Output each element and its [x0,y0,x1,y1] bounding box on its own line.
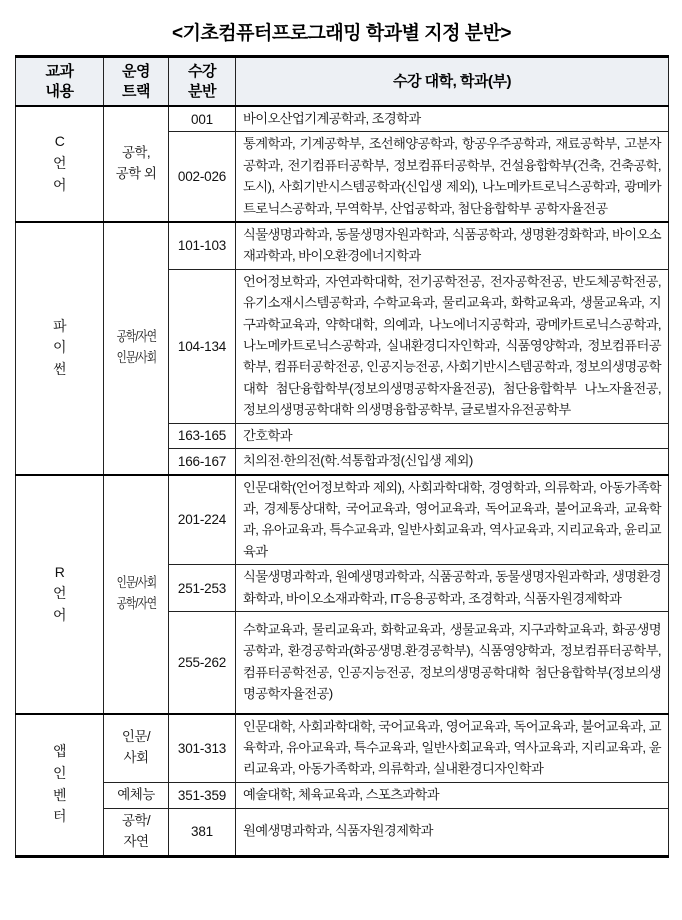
track-label: 공학, 공학 외 [116,143,157,185]
range-cell: 201-224 [169,475,236,565]
course-cell-c: C 언 어 [16,106,104,222]
range-cell: 255-262 [169,611,236,713]
depts-cell: 인문대학(언어정보학과 제외), 사회과학대학, 경영학과, 의류학과, 아동가… [236,475,669,565]
document-page: <기초컴퓨터프로그래밍 학과별 지정 분반> 교과 내용 운영 트랙 수강 분반… [0,0,682,860]
header-section-range: 수강 분반 [169,57,236,107]
page-title: <기초컴퓨터프로그래밍 학과별 지정 분반> [15,18,668,45]
depts-cell: 통계학과, 기계공학부, 조선해양공학과, 항공우주공학과, 재료공학부, 고분… [236,132,669,222]
track-cell-humanities: 인문/ 사회 [104,714,169,783]
range-cell: 104-134 [169,269,236,423]
range-cell: 002-026 [169,132,236,222]
depts-cell: 예술대학, 체육교육과, 스포츠과학과 [236,782,669,808]
header-departments: 수강 대학, 학과(부) [236,57,669,107]
range-cell: 351-359 [169,782,236,808]
range-cell: 001 [169,106,236,132]
depts-cell: 식물생명과학과, 동물생명자원과학과, 식품공학과, 생명환경화학과, 바이오소… [236,222,669,269]
section-assignment-table: 교과 내용 운영 트랙 수강 분반 수강 대학, 학과(부) C 언 어 공학,… [15,55,669,858]
header-track: 운영 트랙 [104,57,169,107]
header-course-content: 교과 내용 [16,57,104,107]
range-cell: 163-165 [169,423,236,448]
depts-cell: 바이오산업기계공학과, 조경학과 [236,106,669,132]
track-label: 공학/ 자연 [122,811,150,853]
track-label: 공학/자연 인문/사회 [116,327,156,369]
table-row: 앱 인 벤 터 인문/ 사회 301-313 인문대학, 사회과학대학, 국어교… [16,714,669,783]
table-row: 예체능 351-359 예술대학, 체육교육과, 스포츠과학과 [16,782,669,808]
depts-cell: 식물생명과학과, 원예생명과학과, 식품공학과, 동물생명자원과학과, 생명환경… [236,565,669,612]
track-cell-c: 공학, 공학 외 [104,106,169,222]
depts-cell: 언어정보학과, 자연과학대학, 전기공학전공, 전자공학전공, 반도체공학전공,… [236,269,669,423]
table-row: 파 이 썬 공학/자연 인문/사회 101-103 식물생명과학과, 동물생명자… [16,222,669,269]
table-row: 공학/ 자연 381 원예생명과학과, 식품자원경제학과 [16,808,669,856]
track-label: 예체능 [117,785,155,806]
table-row: C 언 어 공학, 공학 외 001 바이오산업기계공학과, 조경학과 [16,106,669,132]
track-cell-r: 인문/사회 공학/자연 [104,475,169,714]
course-cell-r: R 언 어 [16,475,104,714]
range-cell: 381 [169,808,236,856]
depts-cell: 수학교육과, 물리교육과, 화학교육과, 생물교육과, 지구과학교육과, 화공생… [236,611,669,713]
course-cell-appinventor: 앱 인 벤 터 [16,714,104,856]
table-row: R 언 어 인문/사회 공학/자연 201-224 인문대학(언어정보학과 제외… [16,475,669,565]
range-cell: 166-167 [169,449,236,475]
range-cell: 301-313 [169,714,236,783]
track-label: 인문/사회 공학/자연 [116,573,156,615]
track-cell-arts: 예체능 [104,782,169,808]
track-cell-engineering: 공학/ 자연 [104,808,169,856]
depts-cell: 간호학과 [236,423,669,448]
header-row: 교과 내용 운영 트랙 수강 분반 수강 대학, 학과(부) [16,57,669,107]
depts-cell: 인문대학, 사회과학대학, 국어교육과, 영어교육과, 독어교육과, 불어교육과… [236,714,669,783]
depts-cell: 치의전·한의전(학.석통합과정(신입생 제외) [236,449,669,475]
track-cell-python: 공학/자연 인문/사회 [104,222,169,474]
depts-cell: 원예생명과학과, 식품자원경제학과 [236,808,669,856]
course-cell-python: 파 이 썬 [16,222,104,474]
range-cell: 101-103 [169,222,236,269]
range-cell: 251-253 [169,565,236,612]
track-label: 인문/ 사회 [122,727,150,769]
